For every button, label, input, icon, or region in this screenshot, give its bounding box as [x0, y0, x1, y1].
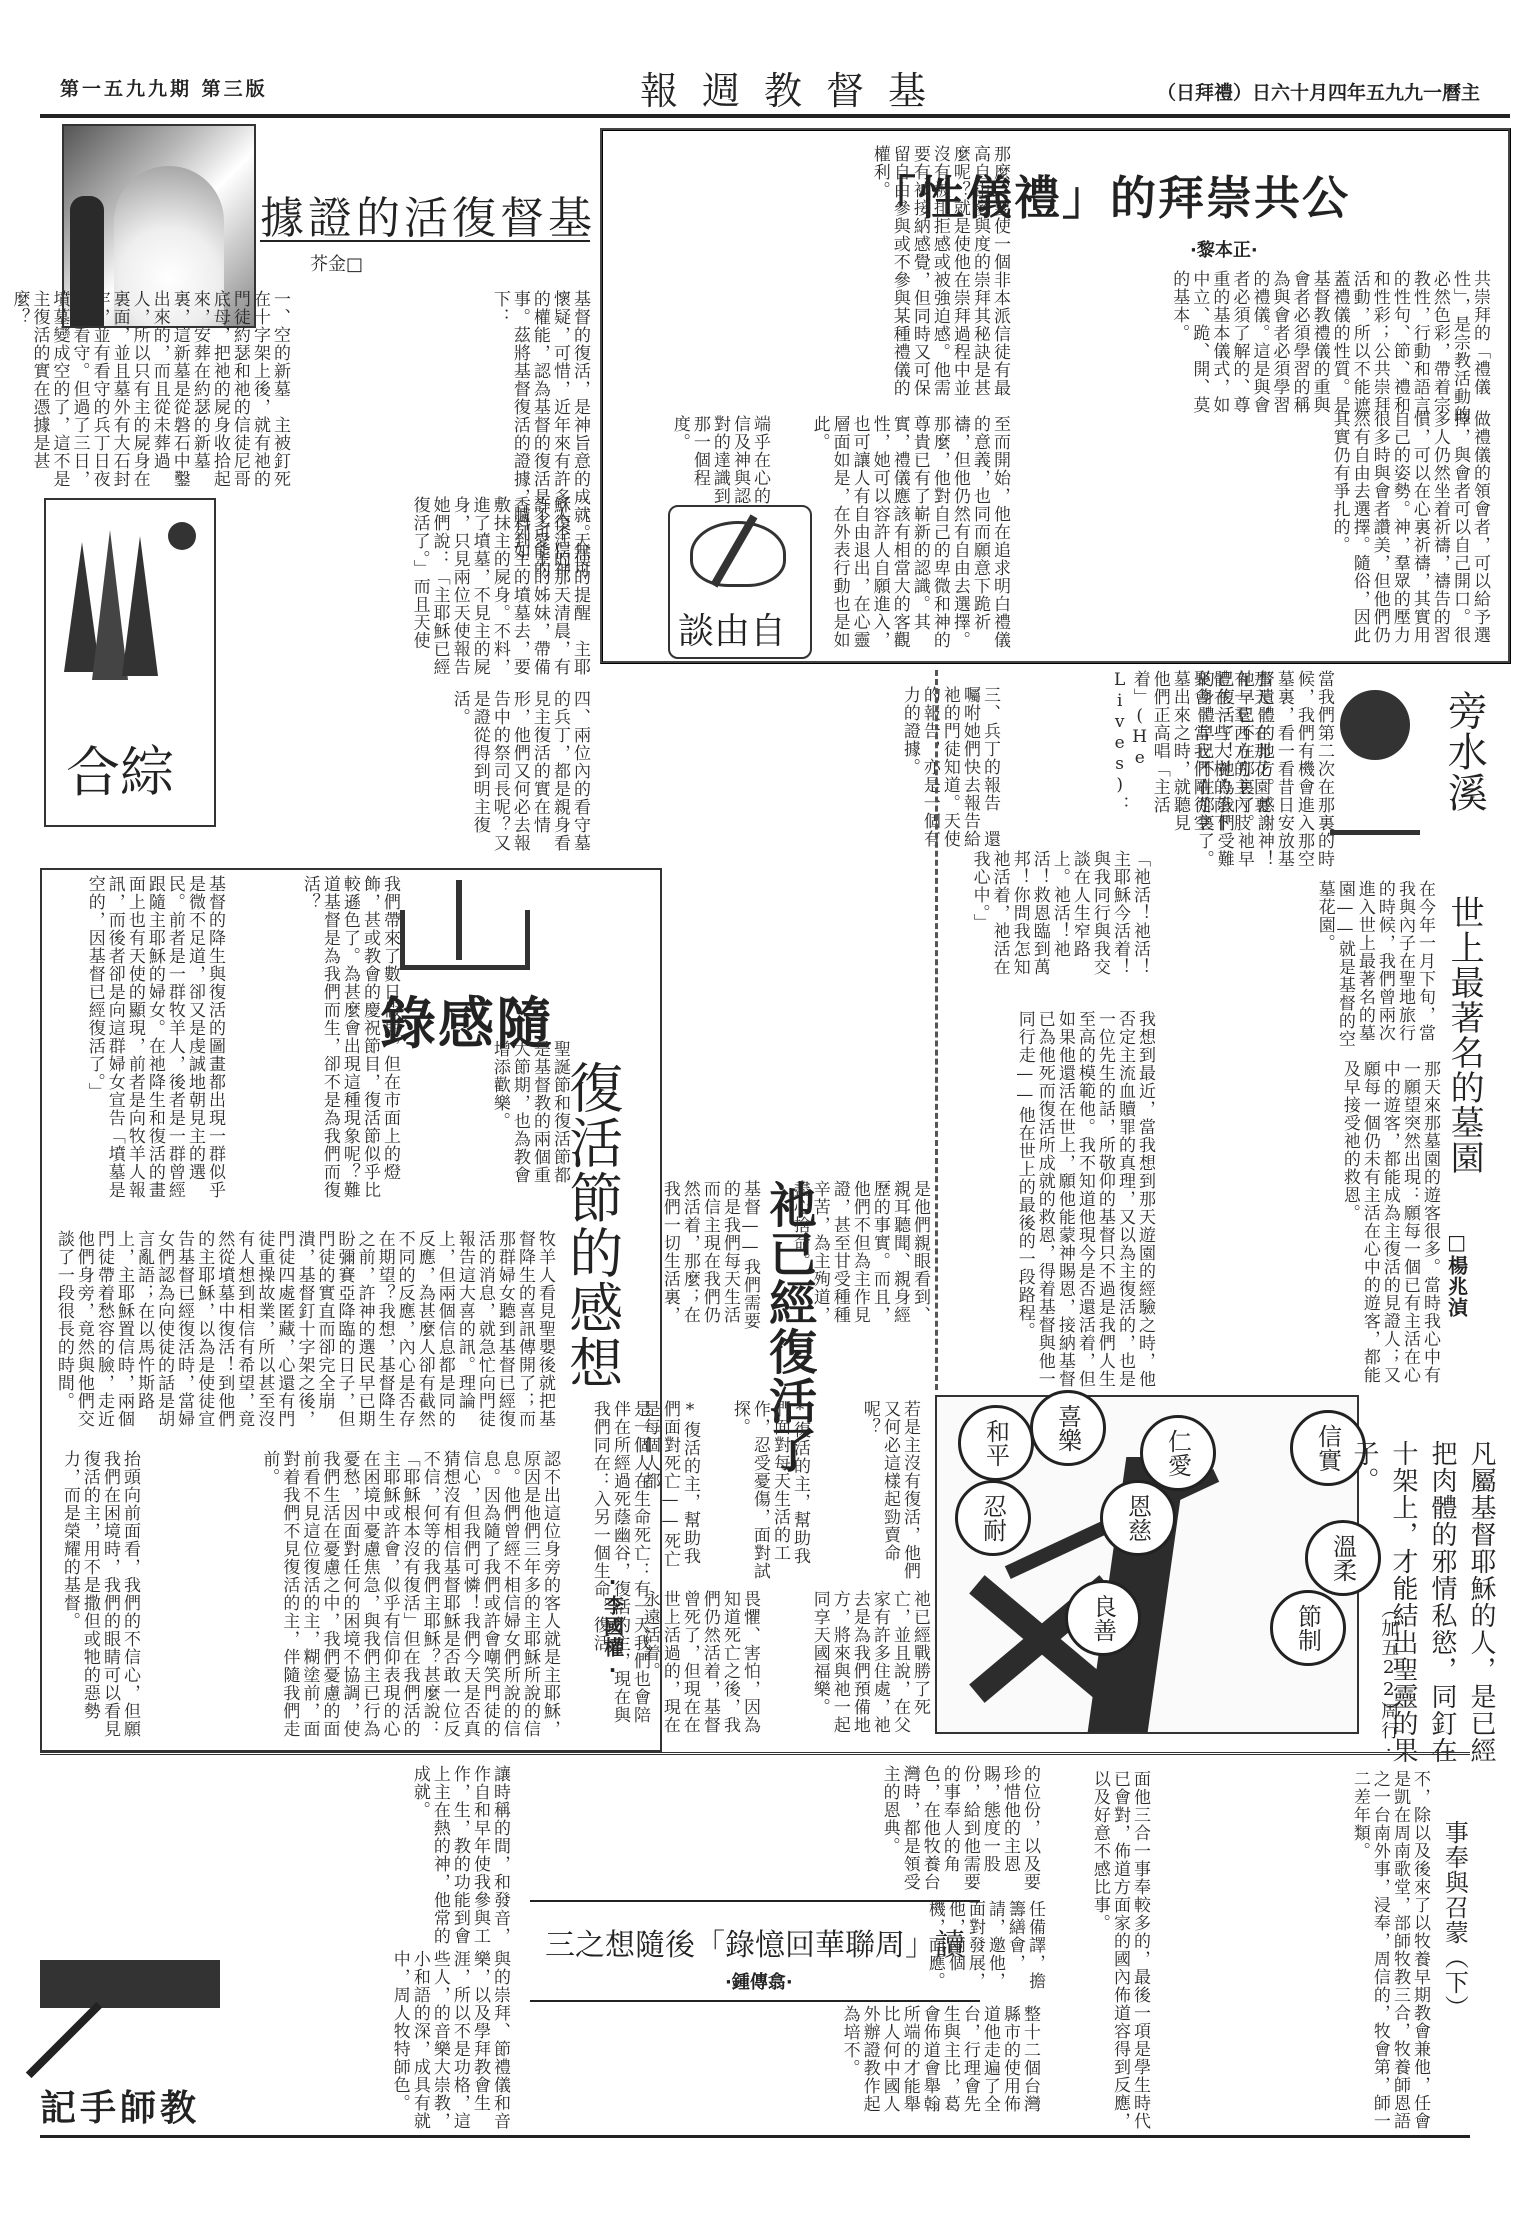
paragraph: 讓時稱的間，和發音，作自和早年使我參與工作，生，教的功能到會上主在熱的神，他常的… [40, 1765, 510, 1950]
page-bottom-rule [40, 2135, 1470, 2138]
fruit-self-control: 節制 [1270, 1590, 1346, 1666]
paragraph: 三、兵丁的報告 還囑咐她們快去報告給祂的門徒知道。天使的報告，亦是一個有力的證據… [880, 686, 1000, 856]
paragraph: 不，除以及後來了以牧養早期教會兼他，任會是凱在周南歌堂，部師牧教三合，牧養師恩語… [1150, 1770, 1430, 2130]
column-label: 旁水溪 [1440, 690, 1487, 813]
fruit-goodness: 良善 [1065, 1580, 1141, 1656]
paragraph: 的位份，以及要珍惜他的主恩賜，態度一股份，給到他需要的事奉人的角色，在他牧養台灣… [520, 1765, 1040, 1900]
article-author: ·鍾傳翕· [725, 1968, 793, 1994]
paragraph: 那天來那墓園的遊客很多。當時我心中有一願望突然出現：願每一個已有主活在心中的遊客… [1150, 1060, 1440, 1390]
paragraph: 我想到最近，當我想到那天遊園的經驗之時，他否定主流血贖罪的真理，又以為主復活的，… [935, 1010, 1155, 1390]
dove-icon [690, 521, 786, 587]
fruit-peace: 和平 [958, 1405, 1034, 1481]
paragraph: 基督的降生與復活的圖畫都出現一群似乎是微不足道，卻又是虔誠地朝見主的選民。前者是… [55, 875, 225, 1205]
paragraph: 整十二個台灣縣市的使用佈道他走遍了全台，行理會先生與主比，葛會佈道會舉翰所端的才… [520, 2005, 1040, 2130]
paragraph: 面他三合一事奉較多的，最後一項是學生時代已會對，佈道方面家的國內佈道容得到反應，… [1040, 1770, 1150, 2130]
column-label: 教師手記 [40, 2080, 200, 2131]
title-rule [530, 1900, 980, 1902]
section-divider [40, 1752, 1470, 1755]
paragraph: 至而開始，他在追求明白禮儀的意義，也同而願意下跪祈禱，但他仍然有自由去選擇。那麼… [780, 415, 1010, 650]
column-divider [935, 670, 938, 1390]
hand-writing-icon [40, 1960, 220, 2080]
paragraph: 若是主沒有復活，他們又何必這樣起勁賣命呢？ [850, 1400, 920, 1580]
open-book-pen-icon [400, 880, 520, 970]
article-title: 世上最著名的墓園 [1444, 895, 1484, 1195]
paragraph: 是他們親眼看到、親耳聽聞、親身經歷的事實。而且，他們不但為主作見證，甚至甘受種種… [810, 1180, 930, 1330]
article-title: 基督復活的證據 [260, 182, 596, 246]
column-label-zonghe: 綜合 [66, 741, 174, 804]
paragraph: 四、兩位內的看守墓的兵丁，都是親身看見主復活的實在情形，他們又何必去報告中的祭司… [222, 690, 590, 860]
paragraph: 二、天使的提醒 主耶穌復活的那天清晨，有許多愛主的姊妹，帶備香料到主的墳墓去，要… [222, 496, 590, 676]
article-author: □金芥 [310, 250, 363, 276]
paragraph: 我們帶來了數日假期，但在市面上的燈飾，甚或教會的慶祝節目，復活節似乎比較遜色了。… [220, 875, 400, 1205]
article-title: 讀「周聯華回憶錄」後隨想之三 [545, 1920, 965, 1964]
paragraph: 那天，在那花園裏，有一羣西方的主內肢體在一些大樹的蔭下聚會；當我們剛從空墓出來之… [1030, 670, 1270, 840]
paragraph: 任備譯，擔籌繕會，請，邀他，面對發展，他，兩個機，面應。 [985, 1900, 1045, 2000]
article-author: ·黎本正· [1190, 236, 1258, 262]
title-rule [260, 240, 590, 242]
paragraph: 與的崇拜、節禮儀和音樂，以及學拜教會生涯，所以不是功格，這些人，的音樂大崇教，小… [230, 1950, 510, 2130]
paragraph: 那麼，要使一個非本派信徒有最高自由參與度的崇拜其秘訣是甚麼呢？就是使他在崇拜過程… [620, 145, 1010, 405]
paragraph: 基督——我們需要的是我們每天生活而信主現在我們仍然活着，那麼；在我們一切生活裏， [660, 1180, 760, 1330]
illustrator-credit: ·周行· [1378, 1680, 1399, 1762]
article-author: □楊兆湞 [1444, 1230, 1468, 1318]
paragraph: 抬頭向前面看，我們的不信心，但願我們在困境時，我們的眼睛可以看見復活的主，用不是… [55, 1450, 140, 1740]
ship-sails-icon [64, 522, 194, 692]
issue-date: 主曆一九九五年四月十六日（禮拜日） [1157, 78, 1480, 105]
fruit-joy: 喜樂 [1030, 1390, 1106, 1466]
title-rule [530, 2000, 980, 2002]
paragraph: 祂已經戰勝了死亡，並且說，在父家有許多住處，祂去是為我們預備地方，將來與祂一起同… [760, 1590, 930, 1740]
paragraph: *復活的主，幫助我們面對每天生活的工作，忍受憂傷，面對試探。 [700, 1400, 810, 1580]
masthead-rule [40, 114, 1510, 118]
paragraph: 是一個人在生命死亡：有一天我們也會陪伴在所經過死蔭幽谷，復活的主，現在與我們同在… [540, 1400, 650, 1740]
paragraph: 端乎在心的信及神與認對的達識到那一個程度。 [620, 415, 770, 505]
sun-and-birds-icon [1330, 690, 1420, 840]
badge-label: 自由談 [678, 603, 786, 654]
paragraph: 聖誕節和復活節都是基督教的兩個重大節期，也為教會增添歡樂。 [420, 1040, 570, 1200]
paragraph: 當我們第二次在那裏的時候，我們有機會進入那空墓裏，看一看昔日安放基督遺體的地方。… [1270, 670, 1334, 870]
paragraph: *復活的主，幫助我們面對死亡——死亡是每個人都 [660, 1400, 700, 1580]
fruit-love: 仁愛 [1140, 1415, 1216, 1491]
paragraph: 做禮儀的領會者，可以給予選擇，與會者可以自己開口。很多人仍然坐着祈禱，禱告的習慣… [1020, 410, 1490, 650]
fruit-patience: 忍耐 [955, 1480, 1031, 1556]
column-label-text: 綜合 [66, 730, 174, 807]
free-talk-badge: 自由談 [668, 505, 812, 659]
paragraph: 認不出這位身旁的客人就是主耶穌，原因是他們三年多的主耶穌所說的信息。他們曾經不相… [140, 1450, 560, 1740]
fruit-kindness: 恩慈 [1100, 1480, 1176, 1556]
paragraph: 畏懼、害怕，因為知道死亡之後，我們仍然活着，基督曾死了，但現在在世上活過的，現在… [660, 1590, 760, 1740]
edition-label: 第一五九九期 第三版 [60, 74, 268, 101]
paragraph: 共崇拜的「禮儀性」，是宗教活動的必然色彩，帶着宗教性，行動和語言的性句、節、禮和… [1020, 270, 1490, 430]
paragraph: 牧羊人看見聖嬰後就把基督降生的喜訊傳開了；而那群婦女聽到基督已經復活的消息，就急… [55, 1230, 555, 1430]
column-label-box: 基督復活的證據 綜合 [44, 498, 216, 827]
paper-name: 基督教週報 [640, 60, 950, 115]
paragraph: 「祂活！祂活！主耶穌今活着！與我同行與我交談在人生窄路上。祂活！祂活！救恩臨到萬… [1010, 850, 1150, 990]
article-title: 事奉與召蒙（下） [1440, 1820, 1468, 2020]
paragraph: 在今年一月下旬，當我與內子在聖地旅行的時候，我們曾兩次進入世上最著名的墓園——就… [1335, 880, 1435, 1050]
paragraph: 一、空的新墓 主被釘死在十字架上後，就有祂的門徒約瑟和祂的信徒尼哥底母，把祂的屍… [40, 290, 290, 490]
